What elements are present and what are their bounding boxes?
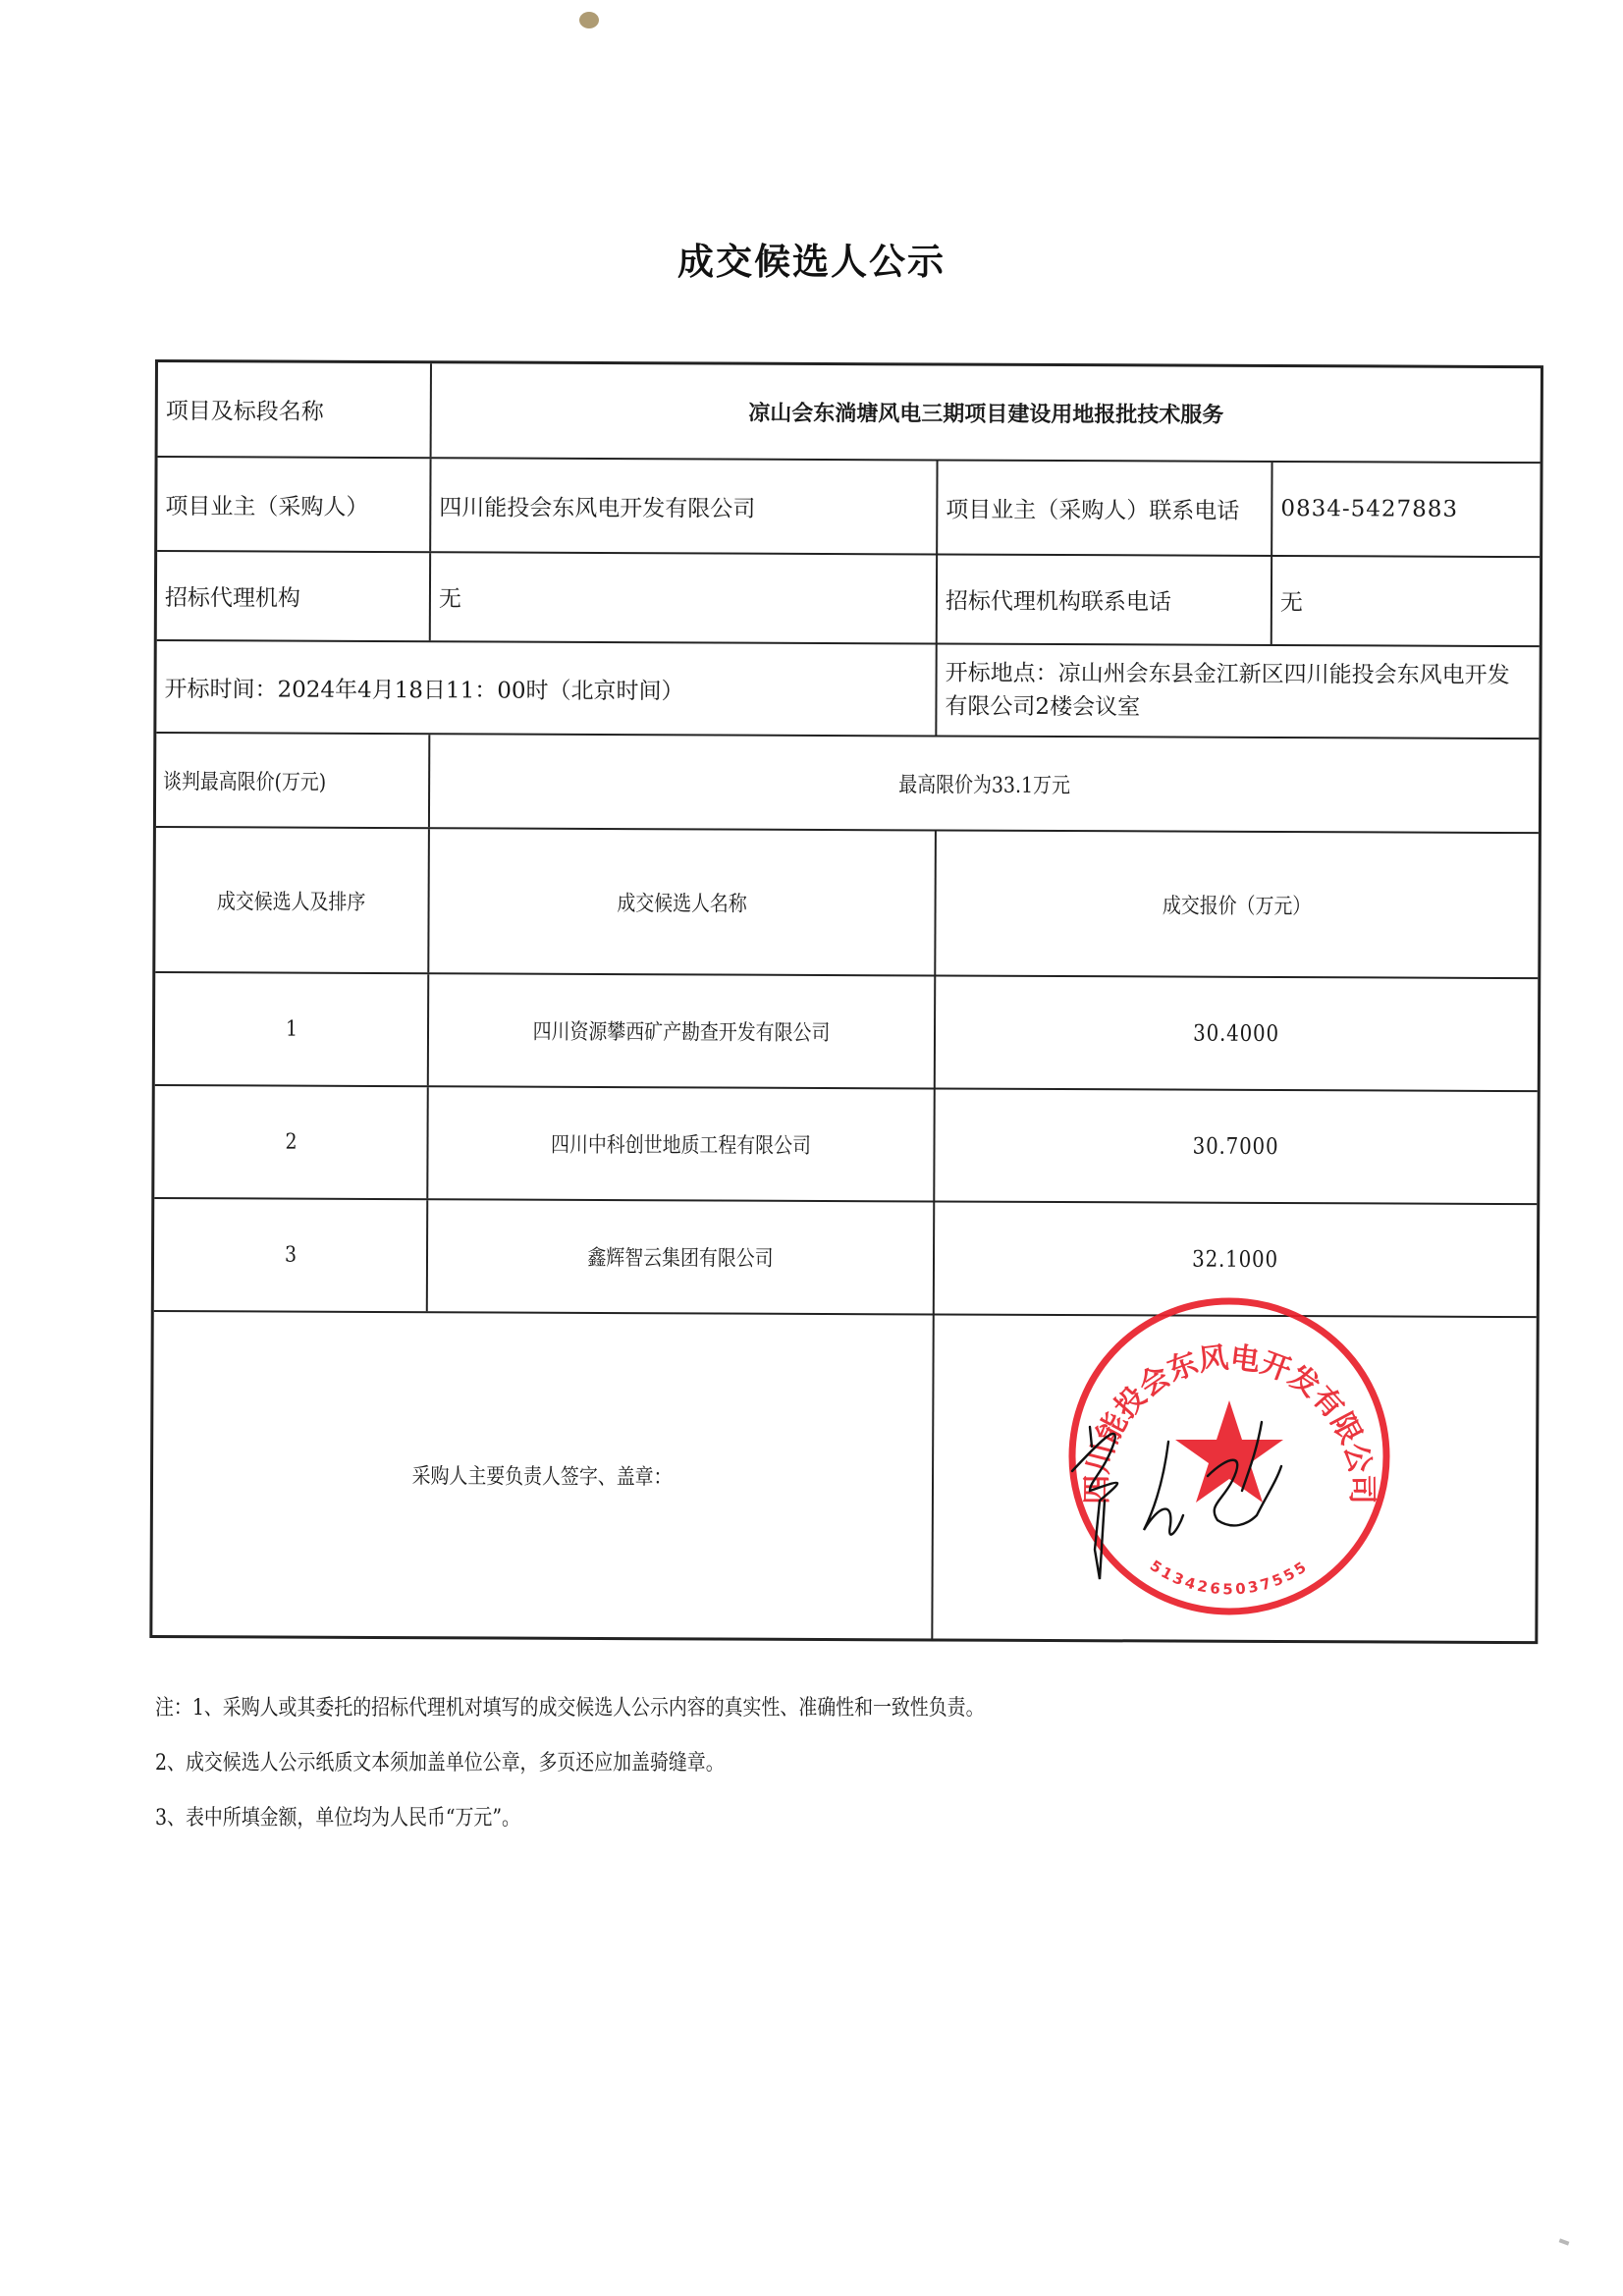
max-price-value: 最高限价为33.1万元 [898, 768, 1070, 799]
owner-phone-label: 项目业主（采购人）联系电话 [938, 491, 1239, 524]
candidate-price: 30.4000 [1194, 1020, 1280, 1046]
document-title: 成交候选人公示 [0, 232, 1623, 285]
open-time: 开标时间：2024年4月18日11：00时（北京时间） [156, 671, 683, 705]
agent-value: 无 [431, 580, 461, 613]
candidate-price: 30.7000 [1193, 1133, 1279, 1159]
candidate-name: 鑫辉智云集团有限公司 [587, 1241, 773, 1273]
signature-label: 采购人主要负责人签字、盖章： [412, 1459, 673, 1491]
row-project: 项目及标段名称 凉山会东淌塘风电三期项目建设用地报批技术服务 [158, 362, 1541, 464]
note-3: 3、表中所填金额，单位均为人民币“万元”。 [155, 1791, 520, 1846]
row-agent: 招标代理机构 无 招标代理机构联系电话 无 [157, 552, 1540, 647]
project-name: 凉山会东淌塘风电三期项目建设用地报批技术服务 [748, 397, 1223, 429]
row-signature: 采购人主要负责人签字、盖章： [152, 1312, 1536, 1641]
note-2: 2、成交候选人公示纸质文本须加盖单位公章，多页还应加盖骑缝章。 [155, 1736, 725, 1791]
paper-mark [1559, 2238, 1570, 2245]
owner-phone-value: 0834-5427883 [1272, 496, 1458, 522]
note-1: 注：1、采购人或其委托的招标代理机对填写的成交候选人公示内容的真实性、准确性和一… [155, 1681, 985, 1736]
open-place: 开标地点：凉山州会东县金江新区四川能投会东风电开发有限公司2楼会议室 [937, 656, 1539, 726]
row-max-price: 谈判最高限价(万元) 最高限价为33.1万元 [156, 734, 1539, 834]
header-rank: 成交候选人及排序 [217, 885, 366, 916]
header-price: 成交报价（万元） [1163, 889, 1312, 920]
candidate-name: 四川资源攀西矿产勘查开发有限公司 [533, 1015, 831, 1047]
agent-label: 招标代理机构 [157, 579, 300, 613]
candidate-price: 32.1000 [1193, 1246, 1279, 1272]
project-label: 项目及标段名称 [158, 393, 324, 426]
agent-phone-value: 无 [1272, 584, 1303, 617]
candidate-rank: 3 [284, 1243, 296, 1268]
row-opening: 开标时间：2024年4月18日11：00时（北京时间） 开标地点：凉山州会东县金… [156, 641, 1539, 739]
header-name: 成交候选人名称 [617, 887, 747, 918]
table-row: 2 四川中科创世地质工程有限公司 30.7000 [154, 1086, 1537, 1205]
signature-area [931, 1315, 1536, 1641]
notes: 注：1、采购人或其委托的招标代理机对填写的成交候选人公示内容的真实性、准确性和一… [155, 1681, 1119, 1846]
paper-speck [579, 12, 599, 28]
agent-phone-label: 招标代理机构联系电话 [938, 582, 1171, 616]
row-owner: 项目业主（采购人） 四川能投会东风电开发有限公司 项目业主（采购人）联系电话 0… [157, 458, 1540, 558]
max-price-label: 谈判最高限价(万元) [156, 765, 326, 796]
candidate-rank: 1 [285, 1017, 297, 1042]
owner-label: 项目业主（采购人） [157, 488, 368, 521]
announcement-table: 项目及标段名称 凉山会东淌塘风电三期项目建设用地报批技术服务 项目业主（采购人）… [149, 359, 1543, 1644]
row-candidate-header: 成交候选人及排序 成交候选人名称 成交报价（万元） [155, 828, 1539, 979]
table-row: 3 鑫辉智云集团有限公司 32.1000 [154, 1199, 1537, 1318]
table-row: 1 四川资源攀西矿产勘查开发有限公司 30.4000 [155, 973, 1538, 1092]
owner-value: 四川能投会东风电开发有限公司 [431, 489, 755, 522]
candidate-rank: 2 [285, 1130, 297, 1155]
candidate-name: 四川中科创世地质工程有限公司 [551, 1128, 811, 1160]
